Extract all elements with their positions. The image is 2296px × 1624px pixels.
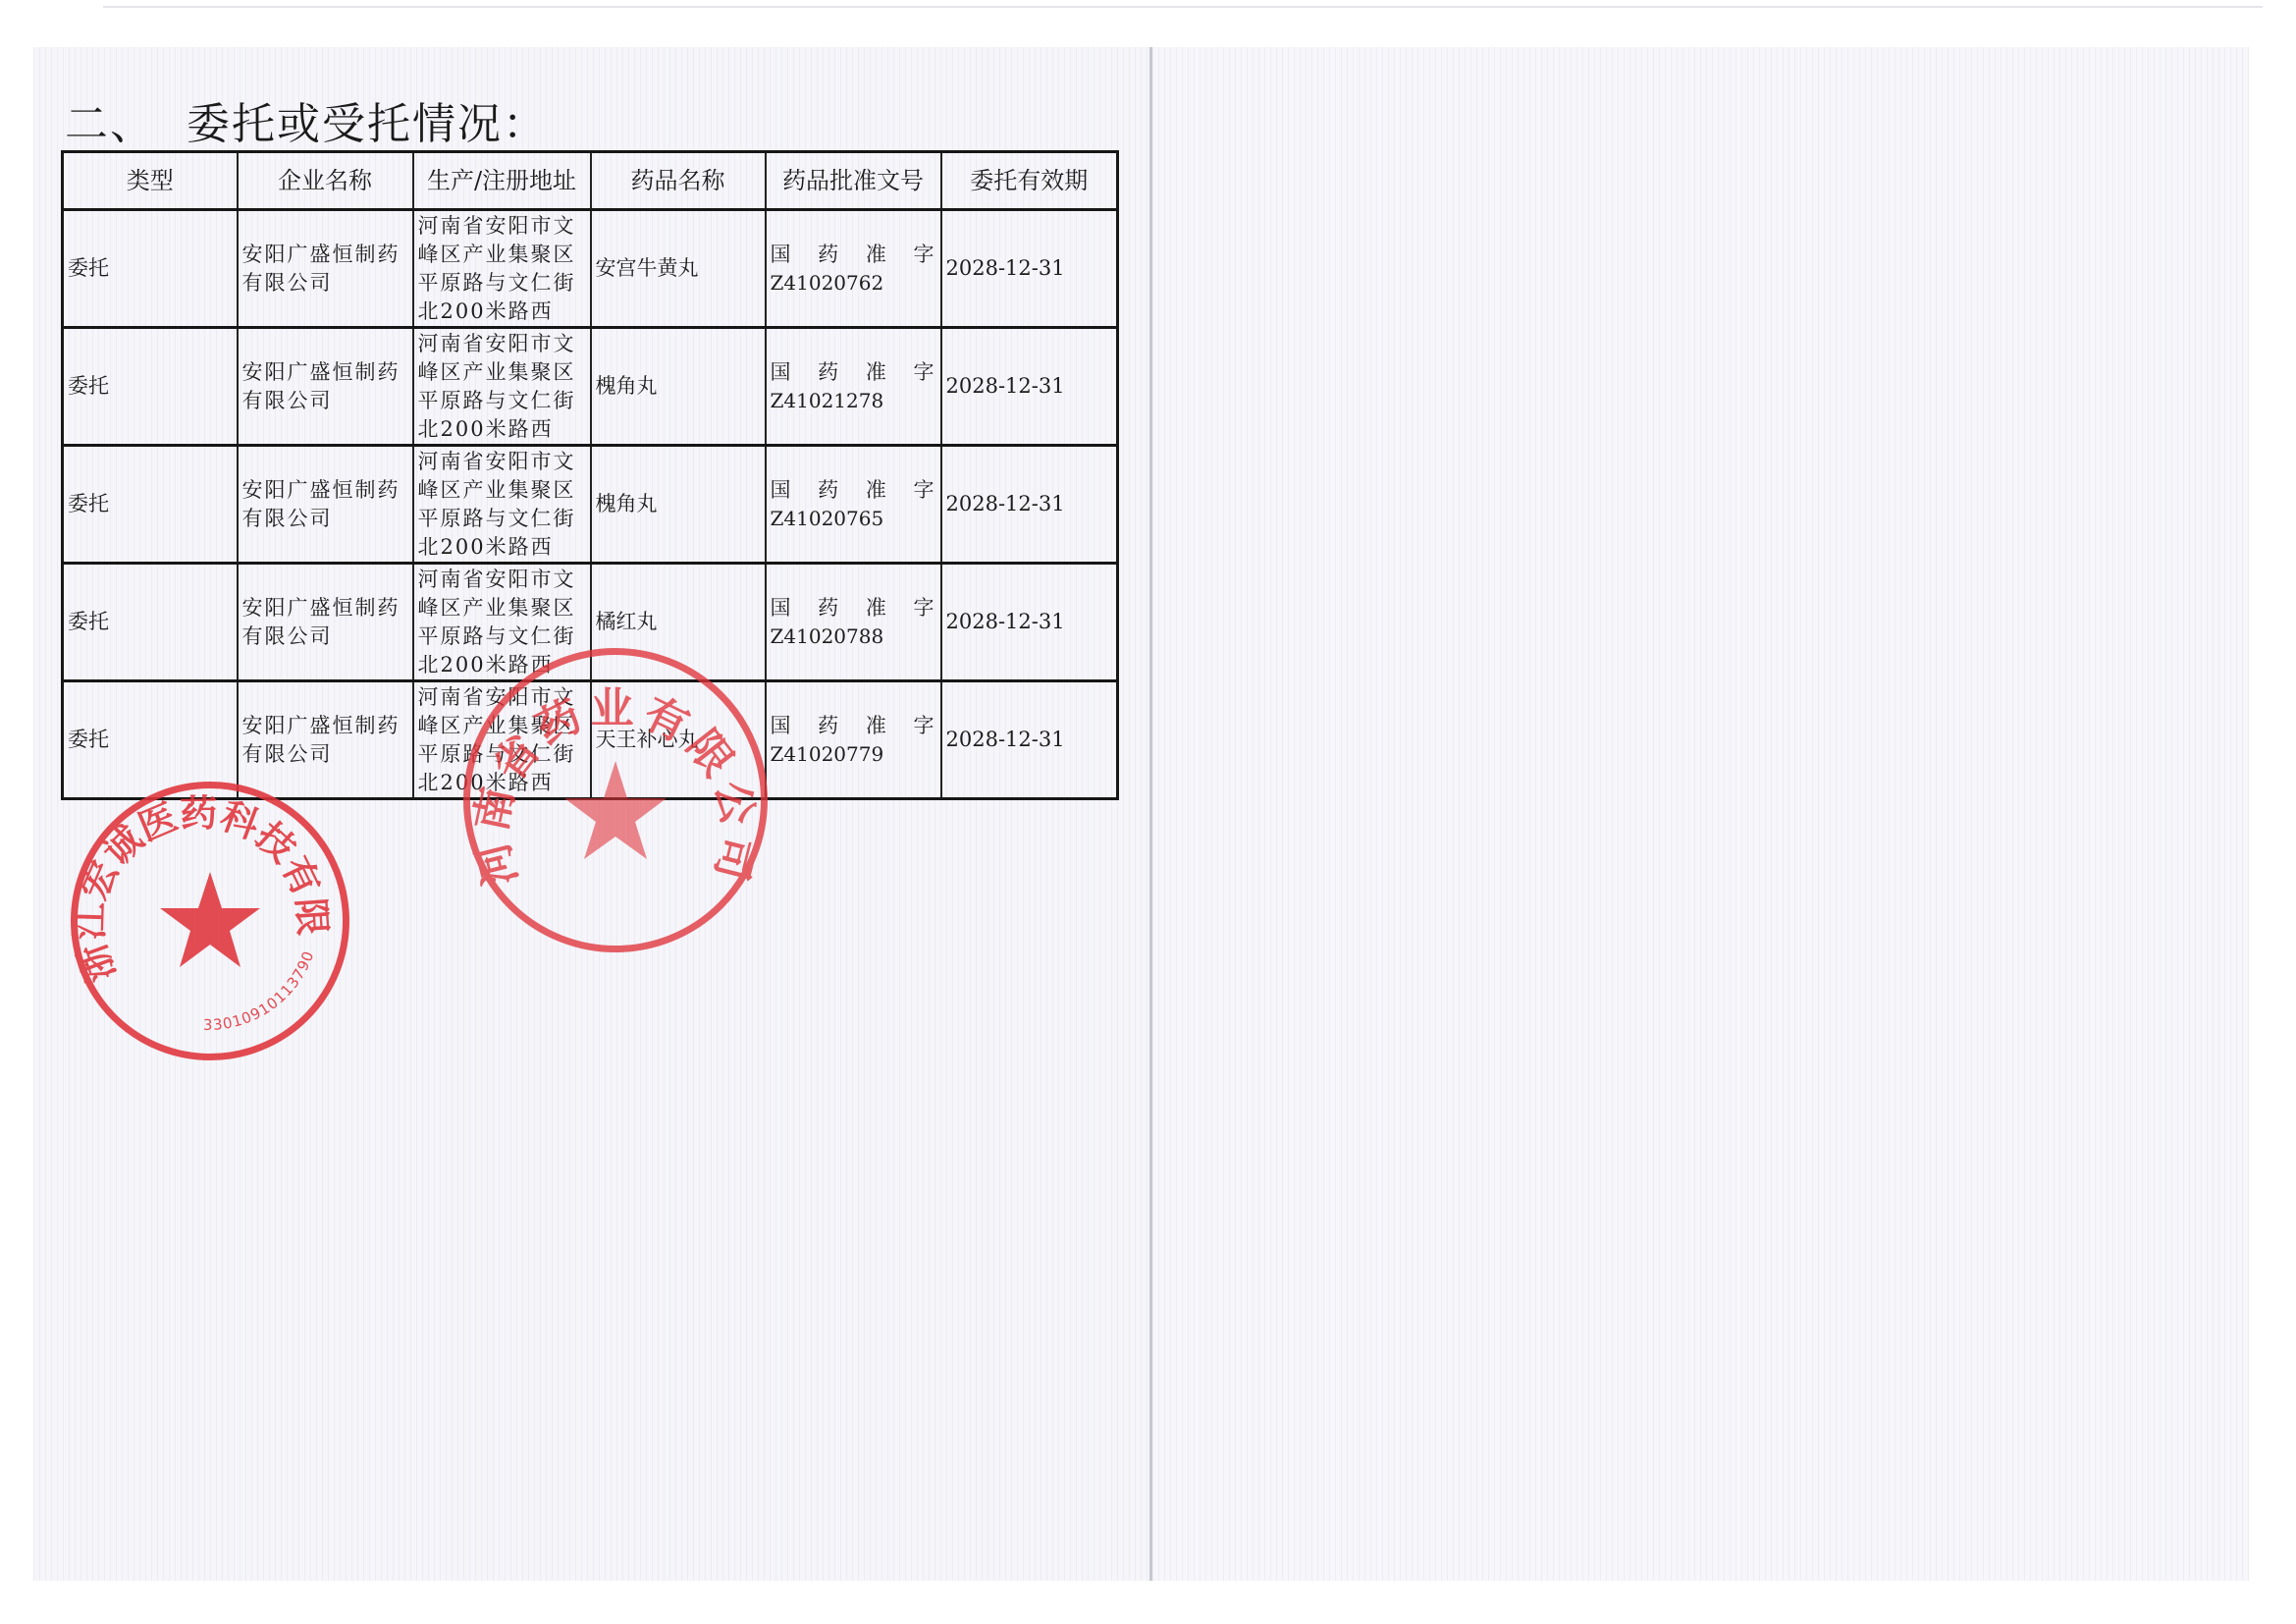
- cell-valid-until: 2028-12-31: [941, 564, 1118, 681]
- approval-prefix-char: 准: [866, 594, 886, 623]
- cell-approval-number: 国药准字 Z41020779: [766, 681, 941, 799]
- cell-company: 安阳广盛恒制药有限公司: [238, 328, 413, 446]
- approval-prefix-char: 药: [818, 358, 838, 387]
- approval-prefix-char: 准: [866, 712, 886, 740]
- cell-valid-until: 2028-12-31: [941, 446, 1118, 564]
- approval-prefix-char: 药: [818, 594, 838, 623]
- cell-company: 安阳广盛恒制药有限公司: [238, 564, 413, 681]
- cell-drug-name: 槐角丸: [591, 328, 766, 446]
- cell-type: 委托: [63, 564, 238, 681]
- approval-code: Z41020788: [771, 623, 936, 651]
- cell-company: 安阳广盛恒制药有限公司: [238, 681, 413, 799]
- header-approval-number: 药品批准文号: [766, 152, 941, 210]
- approval-prefix-char: 字: [913, 476, 934, 505]
- company-seal-right: 河南省药业有限公司: [463, 648, 768, 952]
- approval-prefix-char: 字: [913, 712, 934, 740]
- seal-graphic: 浙江宏诚医药科技有限公司 33010910113790: [78, 788, 343, 1054]
- section-title: 二、 委托或受托情况：: [65, 88, 548, 151]
- cell-company: 安阳广盛恒制药有限公司: [238, 446, 413, 564]
- approval-prefix-char: 药: [818, 476, 838, 505]
- header-address: 生产/注册地址: [413, 152, 591, 210]
- header-company: 企业名称: [238, 152, 413, 210]
- right-page-blank: [1152, 47, 2249, 1581]
- approval-prefix: 国药准字: [771, 476, 936, 505]
- header-type: 类型: [63, 152, 238, 210]
- approval-code: Z41021278: [771, 387, 936, 415]
- approval-prefix-char: 字: [913, 358, 934, 387]
- cell-approval-number: 国药准字 Z41020788: [766, 564, 941, 681]
- approval-code: Z41020762: [771, 269, 936, 298]
- seal-graphic: 河南省药业有限公司: [470, 655, 761, 946]
- star-icon: [564, 761, 667, 859]
- table-header-row: 类型 企业名称 生产/注册地址 药品名称 药品批准文号 委托有效期: [63, 152, 1118, 210]
- cell-address: 河南省安阳市文峰区产业集聚区平原路与文仁街北200米路西: [413, 446, 591, 564]
- company-seal-left: 浙江宏诚医药科技有限公司 33010910113790: [71, 782, 349, 1060]
- cell-approval-number: 国药准字 Z41020762: [766, 210, 941, 328]
- header-valid-until: 委托有效期: [941, 152, 1118, 210]
- cell-valid-until: 2028-12-31: [941, 681, 1118, 799]
- scan-edge-line: [103, 6, 2263, 8]
- cell-address: 河南省安阳市文峰区产业集聚区平原路与文仁街北200米路西: [413, 210, 591, 328]
- header-drug-name: 药品名称: [591, 152, 766, 210]
- approval-prefix-char: 药: [818, 241, 838, 269]
- cell-valid-until: 2028-12-31: [941, 210, 1118, 328]
- approval-prefix-char: 国: [771, 594, 791, 623]
- approval-prefix: 国药准字: [771, 358, 936, 387]
- approval-prefix-char: 国: [771, 476, 791, 505]
- approval-prefix: 国药准字: [771, 594, 936, 623]
- seal-left-number: 33010910113790: [203, 948, 318, 1034]
- table-row: 委托 安阳广盛恒制药有限公司 河南省安阳市文峰区产业集聚区平原路与文仁街北200…: [63, 446, 1118, 564]
- cell-type: 委托: [63, 328, 238, 446]
- approval-prefix-char: 国: [771, 358, 791, 387]
- approval-prefix-char: 准: [866, 241, 886, 269]
- star-icon: [160, 872, 260, 967]
- approval-prefix-char: 字: [913, 241, 934, 269]
- table-row: 委托 安阳广盛恒制药有限公司 河南省安阳市文峰区产业集聚区平原路与文仁街北200…: [63, 328, 1118, 446]
- approval-code: Z41020765: [771, 505, 936, 533]
- approval-prefix-char: 国: [771, 712, 791, 740]
- cell-company: 安阳广盛恒制药有限公司: [238, 210, 413, 328]
- page-fold-line: [1149, 47, 1152, 1581]
- cell-drug-name: 槐角丸: [591, 446, 766, 564]
- approval-prefix-char: 准: [866, 358, 886, 387]
- approval-prefix-char: 字: [913, 594, 934, 623]
- cell-address: 河南省安阳市文峰区产业集聚区平原路与文仁街北200米路西: [413, 328, 591, 446]
- table-row: 委托 安阳广盛恒制药有限公司 河南省安阳市文峰区产业集聚区平原路与文仁街北200…: [63, 210, 1118, 328]
- approval-prefix: 国药准字: [771, 712, 936, 740]
- cell-drug-name: 安宫牛黄丸: [591, 210, 766, 328]
- cell-type: 委托: [63, 210, 238, 328]
- cell-approval-number: 国药准字 Z41021278: [766, 328, 941, 446]
- approval-prefix-char: 药: [818, 712, 838, 740]
- cell-valid-until: 2028-12-31: [941, 328, 1118, 446]
- approval-code: Z41020779: [771, 740, 936, 769]
- cell-type: 委托: [63, 446, 238, 564]
- approval-prefix: 国药准字: [771, 241, 936, 269]
- cell-approval-number: 国药准字 Z41020765: [766, 446, 941, 564]
- approval-prefix-char: 准: [866, 476, 886, 505]
- approval-prefix-char: 国: [771, 241, 791, 269]
